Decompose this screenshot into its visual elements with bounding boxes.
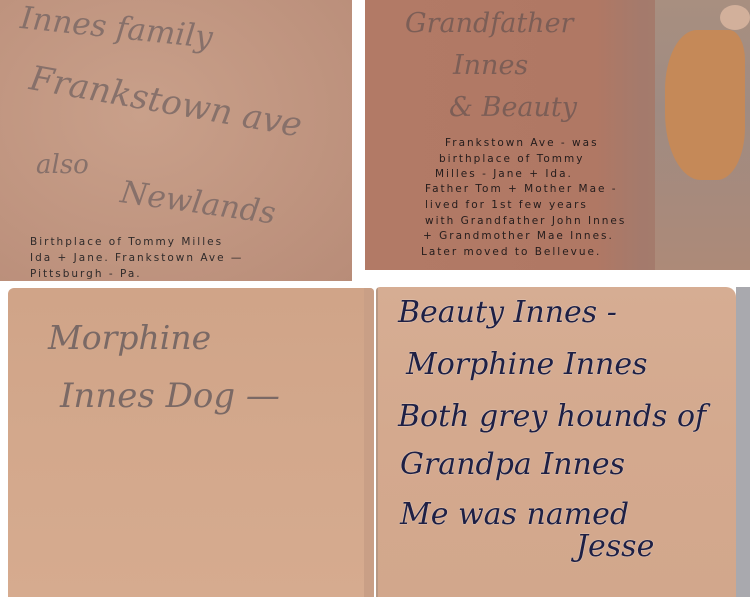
handwriting-morphine: Morphine (48, 318, 211, 357)
handwriting-grandfather: Grandfather (405, 8, 573, 39)
handwriting-morphine-innes: Morphine Innes (406, 347, 648, 382)
printed-note-line-5: lived for 1st few years (425, 199, 588, 211)
printed-note-line-3: Milles - Jane + Ida. (435, 168, 573, 180)
handwriting-beauty: & Beauty (449, 92, 577, 123)
printed-note-line-2: Ida + Jane. Frankstown Ave — (30, 252, 243, 264)
printed-note-line-1: Birthplace of Tommy Milles (30, 236, 223, 248)
adhesive-residue (720, 5, 750, 30)
photo-back-top-right: Grandfather Innes & Beauty Frankstown Av… (365, 0, 750, 270)
printed-note-line-1: Frankstown Ave - was (445, 137, 599, 149)
handwriting-street: Frankstown ave (27, 58, 305, 145)
photo-back-bottom-left: Morphine Innes Dog — (8, 288, 374, 597)
printed-note-line-3: Pittsburgh - Pa. (30, 268, 142, 280)
handwriting-both-greyhounds: Both grey hounds of (398, 399, 706, 434)
printed-note-line-2: birthplace of Tommy (439, 153, 584, 165)
handwriting-innes: Innes (453, 50, 528, 81)
printed-note-line-6: with Grandfather John Innes (425, 215, 626, 227)
handwriting-beauty-innes: Beauty Innes - (398, 295, 617, 330)
printed-note-line-4: Father Tom + Mother Mae - (425, 183, 618, 195)
card-edge (364, 288, 374, 597)
fold-gutter (376, 287, 378, 597)
torn-paper-patch (665, 30, 745, 180)
handwriting-me-was-named: Me was named (400, 497, 629, 532)
handwriting-innes-dog: Innes Dog — (60, 376, 280, 416)
printed-note-line-7: + Grandmother Mae Innes. (423, 230, 614, 242)
handwriting-family-title: Innes family (19, 0, 215, 56)
handwriting-grandpa-innes: Grandpa Innes (400, 447, 625, 482)
scanner-background-strip (736, 287, 750, 597)
handwriting-also: also (36, 150, 89, 180)
photo-back-bottom-right: Beauty Innes - Morphine Innes Both grey … (376, 287, 736, 597)
printed-note-line-8: Later moved to Bellevue. (421, 246, 601, 258)
photo-back-top-left: Innes family Frankstown ave also Newland… (0, 0, 352, 286)
handwriting-place-name: Newlands (118, 174, 278, 231)
handwriting-signature-jesse: Jesse (576, 529, 654, 564)
